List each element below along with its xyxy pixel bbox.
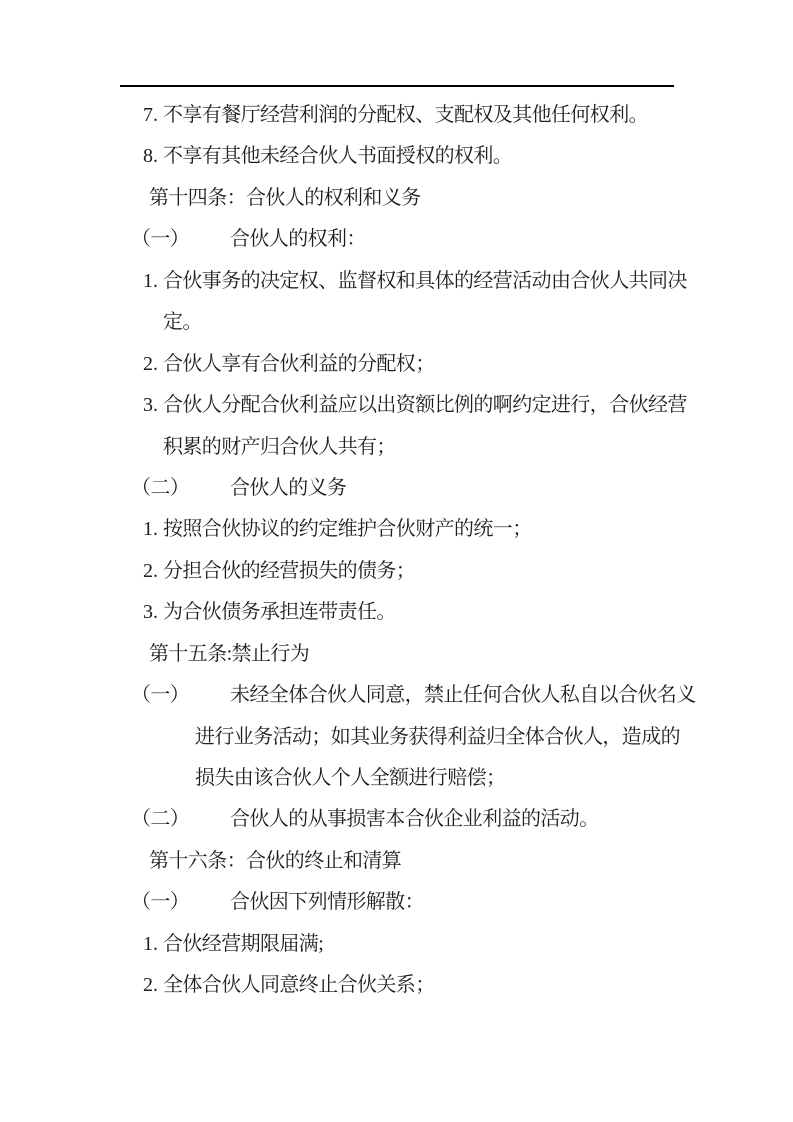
list-marker: 8. bbox=[143, 136, 163, 177]
paren-marker: （一） bbox=[131, 219, 230, 260]
sub-item: （一）未经全体合伙人同意，禁止任何合伙人私自以合伙名义 bbox=[0, 675, 793, 716]
paren-marker: （二） bbox=[131, 799, 230, 840]
line-text: 第十五条:禁止行为 bbox=[149, 643, 309, 665]
list-marker: 1. bbox=[143, 261, 163, 302]
line-text: 按照合伙协议的约定维护合伙财产的统一； bbox=[163, 518, 532, 540]
list-marker: 3. bbox=[143, 592, 163, 633]
list-item: 3.为合伙债务承担连带责任。 bbox=[0, 592, 793, 633]
list-item: 3.合伙人分配合伙利益应以出资额比例的啊约定进行，合伙经营 bbox=[0, 385, 793, 426]
continuation-line: 积累的财产归合伙人共有； bbox=[0, 427, 793, 468]
paren-marker: （一） bbox=[131, 675, 230, 716]
continuation-line: 损失由该合伙人个人全额进行赔偿； bbox=[0, 758, 793, 799]
paren-marker: （二） bbox=[131, 468, 230, 509]
paren-marker: （一） bbox=[131, 882, 230, 923]
document-page: 7.不享有餐厅经营利润的分配权、支配权及其他任何权利。 8.不享有其他未经合伙人… bbox=[0, 0, 793, 1122]
sub-item: （一）合伙因下列情形解散： bbox=[0, 882, 793, 923]
header-rule bbox=[120, 85, 674, 87]
line-text: 损失由该合伙人个人全额进行赔偿； bbox=[195, 767, 505, 789]
list-marker: 3. bbox=[143, 385, 163, 426]
list-marker: 1. bbox=[143, 924, 163, 965]
line-text: 合伙事务的决定权、监督权和具体的经营活动由合伙人共同决 bbox=[163, 270, 687, 292]
document-body: 7.不享有餐厅经营利润的分配权、支配权及其他任何权利。 8.不享有其他未经合伙人… bbox=[0, 95, 793, 1007]
continuation-line: 进行业务活动；如其业务获得利益归全体合伙人，造成的 bbox=[0, 717, 793, 758]
article-heading: 第十五条:禁止行为 bbox=[0, 634, 793, 675]
line-text: 合伙人享有合伙利益的分配权； bbox=[163, 353, 435, 375]
list-item: 8.不享有其他未经合伙人书面授权的权利。 bbox=[0, 136, 793, 177]
line-text: 进行业务活动；如其业务获得利益归全体合伙人，造成的 bbox=[195, 726, 680, 748]
line-text: 分担合伙的经营损失的债务； bbox=[163, 560, 415, 582]
line-text: 合伙经营期限届满; bbox=[163, 933, 323, 955]
line-text: 第十四条：合伙人的权利和义务 bbox=[149, 187, 421, 209]
line-text: 积累的财产归合伙人共有； bbox=[163, 436, 396, 458]
list-item: 2.全体合伙人同意终止合伙关系； bbox=[0, 965, 793, 1006]
article-heading: 第十四条：合伙人的权利和义务 bbox=[0, 178, 793, 219]
sub-item: （一）合伙人的权利： bbox=[0, 219, 793, 260]
line-text: 为合伙债务承担连带责任。 bbox=[163, 601, 396, 623]
line-text: 定。 bbox=[163, 311, 202, 333]
list-item: 2.合伙人享有合伙利益的分配权； bbox=[0, 344, 793, 385]
continuation-line: 定。 bbox=[0, 302, 793, 343]
sub-item: （二）合伙人的义务 bbox=[0, 468, 793, 509]
list-marker: 7. bbox=[143, 95, 163, 136]
list-marker: 2. bbox=[143, 344, 163, 385]
line-text: 不享有餐厅经营利润的分配权、支配权及其他任何权利。 bbox=[163, 104, 648, 126]
line-text: 合伙人的权利： bbox=[230, 228, 366, 250]
line-text: 未经全体合伙人同意，禁止任何合伙人私自以合伙名义 bbox=[230, 684, 696, 706]
list-marker: 2. bbox=[143, 965, 163, 1006]
list-item: 2.分担合伙的经营损失的债务； bbox=[0, 551, 793, 592]
list-item: 7.不享有餐厅经营利润的分配权、支配权及其他任何权利。 bbox=[0, 95, 793, 136]
sub-item: （二）合伙人的从事损害本合伙企业利益的活动。 bbox=[0, 799, 793, 840]
line-text: 第十六条：合伙的终止和清算 bbox=[149, 850, 401, 872]
list-item: 1.按照合伙协议的约定维护合伙财产的统一； bbox=[0, 509, 793, 550]
line-text: 全体合伙人同意终止合伙关系； bbox=[163, 974, 435, 996]
line-text: 合伙人的义务 bbox=[230, 477, 346, 499]
list-marker: 1. bbox=[143, 509, 163, 550]
line-text: 合伙因下列情形解散： bbox=[230, 891, 424, 913]
line-text: 合伙人的从事损害本合伙企业利益的活动。 bbox=[230, 808, 599, 830]
list-item: 1.合伙事务的决定权、监督权和具体的经营活动由合伙人共同决 bbox=[0, 261, 793, 302]
article-heading: 第十六条：合伙的终止和清算 bbox=[0, 841, 793, 882]
line-text: 合伙人分配合伙利益应以出资额比例的啊约定进行，合伙经营 bbox=[163, 394, 687, 416]
list-marker: 2. bbox=[143, 551, 163, 592]
line-text: 不享有其他未经合伙人书面授权的权利。 bbox=[163, 145, 512, 167]
list-item: 1.合伙经营期限届满; bbox=[0, 924, 793, 965]
